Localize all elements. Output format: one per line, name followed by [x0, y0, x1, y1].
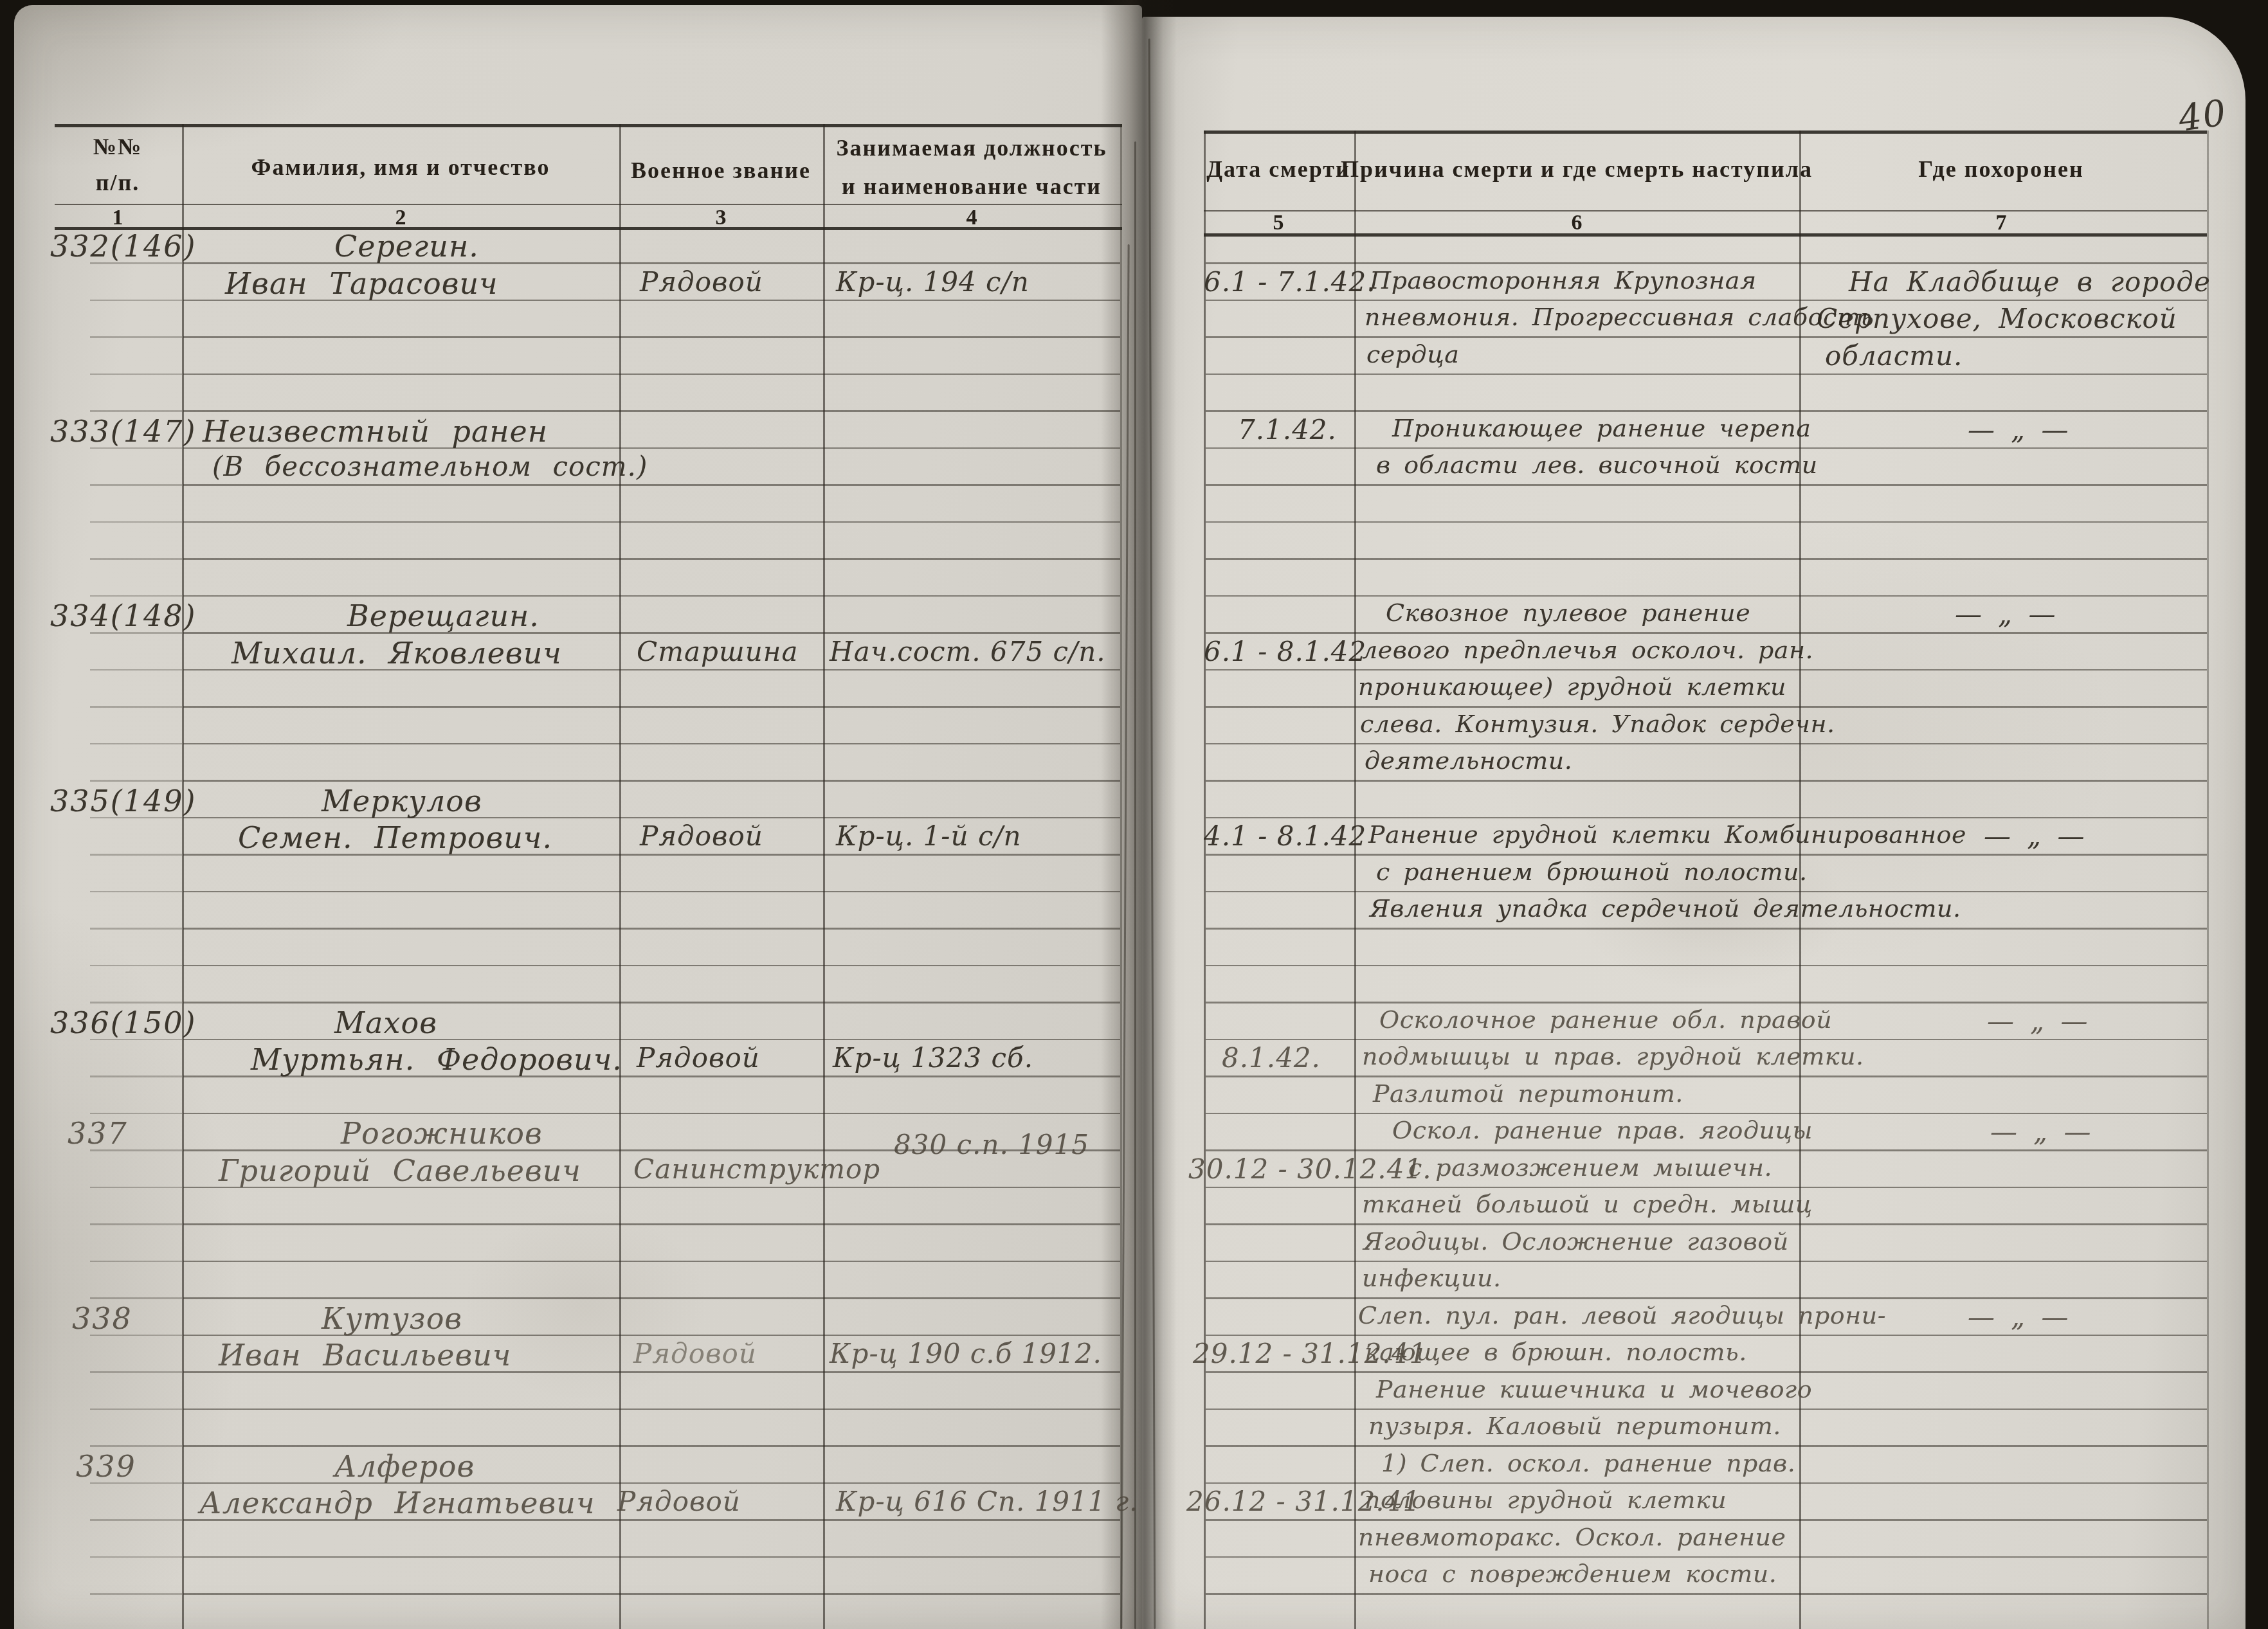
column-number-7: 7: [1996, 212, 2007, 234]
header-col4-line2: и наименование части: [842, 175, 1102, 198]
column-number-2: 2: [395, 207, 406, 229]
header-underline-left: [55, 204, 1122, 205]
ruled-lines-left-page: [183, 262, 1120, 1598]
column-number-1: 1: [113, 207, 123, 229]
header-col3: Военное звание: [631, 159, 811, 182]
ledger-spread: 40 №№ п/п. Фамилия, имя и отчество Военн…: [0, 0, 2268, 1629]
ruled-lines-right-page: [1206, 262, 2207, 1598]
ruled-lines-number-column: [90, 262, 182, 1598]
table-right-border-right: [2207, 130, 2209, 1629]
header-col1-line2: п/п.: [96, 171, 140, 194]
page-edge-stub: [1134, 141, 1136, 1629]
header-col6: Причина смерти и где смерть наступила: [1341, 157, 1813, 181]
header-col1-line1: №№: [93, 135, 142, 158]
table-right-border-left: [1120, 124, 1122, 1629]
header-bottom-rule-left: [55, 227, 1122, 230]
table-top-rule-left: [55, 124, 1122, 127]
column-number-4: 4: [966, 207, 977, 229]
column-number-6: 6: [1572, 212, 1583, 234]
column-number-5: 5: [1273, 212, 1284, 234]
header-col4-line1: Занимаемая должность: [837, 136, 1107, 159]
column-number-3: 3: [716, 207, 727, 229]
header-col5: Дата смерти: [1206, 157, 1350, 181]
header-col2: Фамилия, имя и отчество: [251, 156, 550, 179]
header-col7: Где похоронен: [1918, 157, 2083, 181]
